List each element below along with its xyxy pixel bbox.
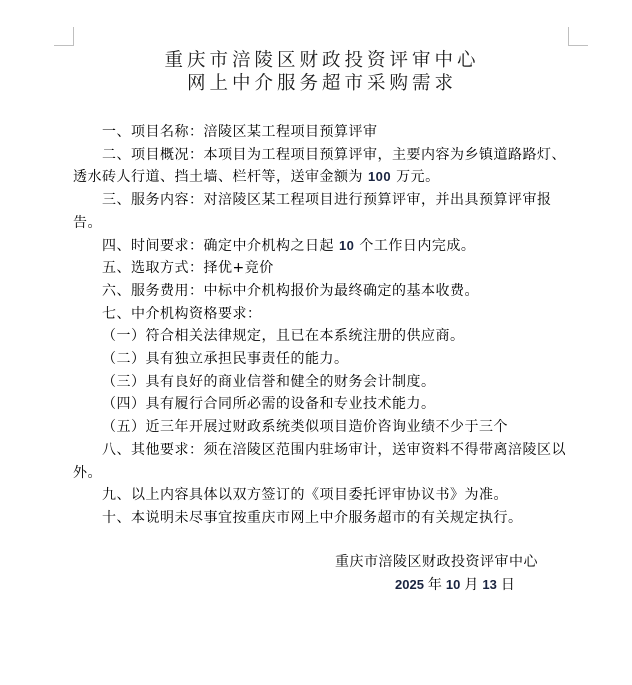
- document-title-line1: 重庆市涪陵区财政投资评审中心: [0, 49, 632, 72]
- item-service-content: 三、服务内容：对涪陵区某工程项目进行预算评审，并出具预算评审报告。: [73, 189, 569, 234]
- date-month: 10: [446, 577, 460, 592]
- item-selection-method: 五、选取方式：择优+竞价: [73, 257, 569, 280]
- item-time-requirement: 四、时间要求：确定中介机构之日起 10 个工作日内完成。: [73, 235, 569, 258]
- item-service-fee: 六、服务费用：中标中介机构报价为最终确定的基本收费。: [73, 280, 569, 303]
- item-label: 一、项目名称：: [102, 124, 204, 140]
- item-text: 本说明未尽事宜按重庆市网上中介服务超市的有关规定执行。: [131, 510, 523, 526]
- qualification-subitem: （五）近三年开展过财政系统类似项目造价咨询业绩不少于三个: [73, 416, 569, 439]
- item-project-name: 一、项目名称：涪陵区某工程项目预算评审: [73, 121, 569, 144]
- document-title-line2: 网上中介服务超市采购需求: [0, 72, 632, 95]
- item-text: 择优+竞价: [204, 260, 274, 276]
- date-day-unit: 日: [501, 577, 515, 593]
- item-label: 八、其他要求：: [102, 442, 204, 458]
- date-year-unit: 年: [428, 577, 442, 593]
- item-supplementary-note: 十、本说明未尽事宜按重庆市网上中介服务超市的有关规定执行。: [73, 507, 569, 530]
- date-month-unit: 月: [464, 577, 478, 593]
- item-qualification-requirements: 七、中介机构资格要求：: [73, 303, 569, 326]
- item-label: 二、项目概况：: [102, 147, 204, 163]
- qualification-subitem: （四）具有履行合同所必需的设备和专业技术能力。: [73, 393, 569, 416]
- item-label: 九、: [102, 487, 131, 503]
- days-value: 10: [339, 238, 354, 253]
- qualification-subitem: （二）具有独立承担民事责任的能力。: [73, 348, 569, 371]
- page-corner-mark-top-right: [568, 27, 588, 46]
- qualification-subitem: （一）符合相关法律规定，且已在本系统注册的供应商。: [73, 325, 569, 348]
- issue-date: 2025年10月13日: [395, 574, 515, 596]
- item-text: 万元。: [396, 169, 440, 185]
- issuer-signature: 重庆市涪陵区财政投资评审中心: [335, 551, 538, 573]
- item-text: 中标中介机构报价为最终确定的基本收费。: [204, 283, 480, 299]
- item-text: 以上内容具体以双方签订的《项目委托评审协议书》为准。: [131, 487, 508, 503]
- date-year: 2025: [395, 577, 424, 592]
- item-project-overview: 二、项目概况：本项目为工程项目预算评审，主要内容为乡镇道路路灯、透水砖人行道、挡…: [73, 144, 569, 189]
- item-label: 七、中介机构资格要求：: [102, 306, 262, 322]
- document-body: 一、项目名称：涪陵区某工程项目预算评审 二、项目概况：本项目为工程项目预算评审，…: [73, 121, 569, 530]
- item-text: 确定中介机构之日起: [204, 238, 335, 254]
- item-agreement-note: 九、以上内容具体以双方签订的《项目委托评审协议书》为准。: [73, 484, 569, 507]
- item-label: 十、: [102, 510, 131, 526]
- amount-value: 100: [368, 169, 391, 184]
- item-text: 涪陵区某工程项目预算评审: [204, 124, 378, 140]
- item-label: 五、选取方式：: [102, 260, 204, 276]
- page-corner-mark-top-left: [54, 27, 74, 46]
- item-text: 个工作日内完成。: [359, 238, 475, 254]
- item-other-requirements: 八、其他要求：须在涪陵区范围内驻场审计，送审资料不得带离涪陵区以外。: [73, 439, 569, 484]
- item-label: 六、服务费用：: [102, 283, 204, 299]
- date-day: 13: [482, 577, 496, 592]
- item-label: 四、时间要求：: [102, 238, 204, 254]
- item-label: 三、服务内容：: [102, 192, 204, 208]
- qualification-subitem: （三）具有良好的商业信誉和健全的财务会计制度。: [73, 371, 569, 394]
